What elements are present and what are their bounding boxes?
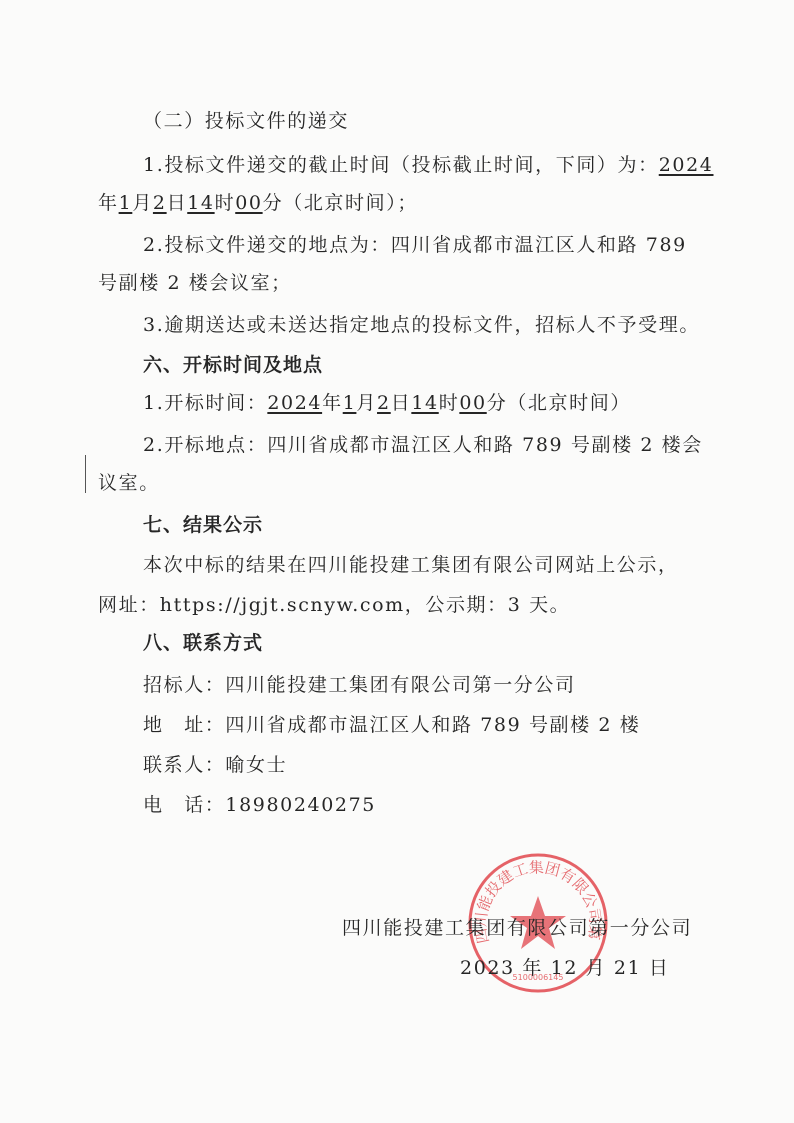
submission-place-line2: 号副楼 2 楼会议室； <box>98 268 292 295</box>
deadline-hour: 14 <box>187 192 214 214</box>
submission-deadline-line2: 年1月2日14时00分（北京时间）； <box>98 188 418 215</box>
result-publicity-line1: 本次中标的结果在四川能投建工集团有限公司网站上公示， <box>143 550 679 577</box>
bid-opening-time: 1.开标时间：2024年1月2日14时00分（北京时间） <box>143 388 631 415</box>
submission-late-rule: 3.逾期送达或未送达指定地点的投标文件，招标人不予受理。 <box>143 310 700 337</box>
result-publicity-line2: 网址：https://jgjt.scnyw.com，公示期：3 天。 <box>98 590 570 617</box>
deadline-minute: 00 <box>235 192 262 214</box>
contact-tenderer: 招标人：四川能投建工集团有限公司第一分公司 <box>143 670 576 697</box>
signature-date: 2023 年 12 月 21 日 <box>460 953 670 980</box>
deadline-day: 2 <box>153 192 167 214</box>
bid-opening-place-line1: 2.开标地点：四川省成都市温江区人和路 789 号副楼 2 楼会 <box>143 430 703 457</box>
section8-title: 八、联系方式 <box>143 628 263 655</box>
signature-company: 四川能投建工集团有限公司第一分公司 <box>342 913 692 940</box>
subsection-title: （二）投标文件的递交 <box>143 106 349 133</box>
section6-title: 六、开标时间及地点 <box>143 350 323 377</box>
contact-person: 联系人：喻女士 <box>143 750 287 777</box>
contact-address: 地 址：四川省成都市温江区人和路 789 号副楼 2 楼 <box>143 710 640 737</box>
deadline-year: 2024 <box>659 154 714 176</box>
contact-phone: 电 话：18980240275 <box>143 790 376 817</box>
submission-place-line1: 2.投标文件递交的地点为：四川省成都市温江区人和路 789 <box>143 230 687 257</box>
section7-title: 七、结果公示 <box>143 510 263 537</box>
submission-deadline-line1: 1.投标文件递交的截止时间（投标截止时间，下同）为：2024 <box>143 150 714 177</box>
bid-opening-place-line2: 议室。 <box>98 468 160 495</box>
deadline-month: 1 <box>119 192 133 214</box>
margin-mark <box>85 455 86 493</box>
